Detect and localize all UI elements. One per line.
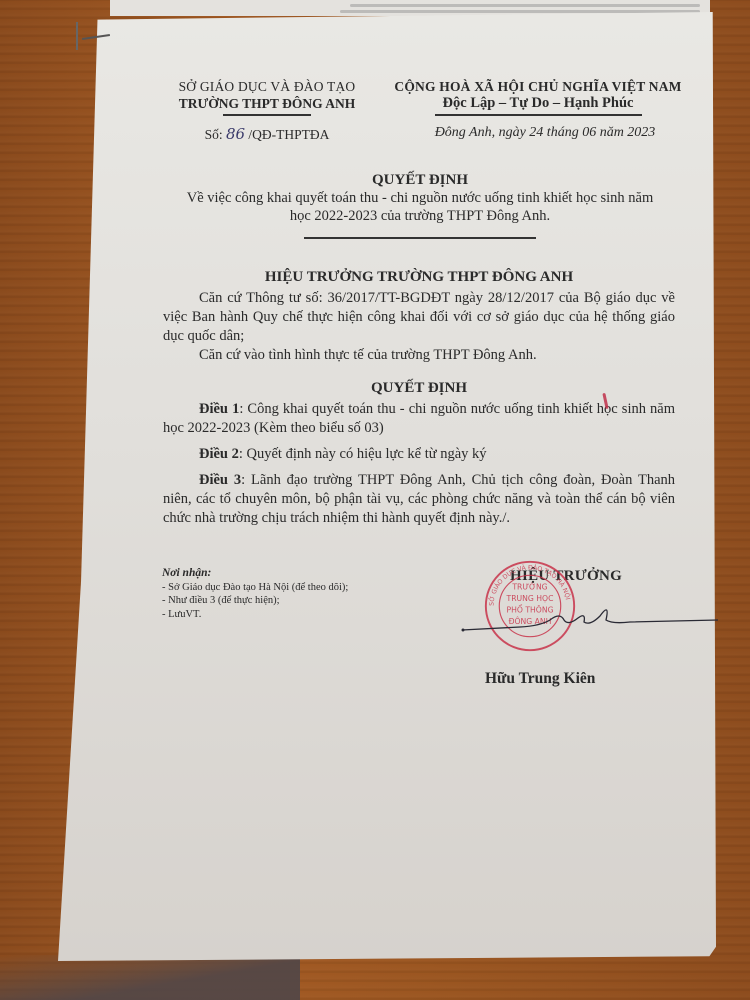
basis-paragraph: Căn cứ vào tình hình thực tế của trường … <box>163 346 675 365</box>
recipient-item: - LưuVT. <box>162 608 348 622</box>
corner-mark <box>76 22 78 50</box>
header-right: CỘNG HOÀ XÃ HỘI CHỦ NGHĨA VIỆT NAM Độc L… <box>388 78 688 141</box>
title-rule <box>304 237 536 239</box>
article-3: Điều 3: Lãnh đạo trường THPT Đông Anh, C… <box>163 471 675 528</box>
recipients-label: Nơi nhận: <box>162 567 348 581</box>
number-handwritten: 86 <box>226 125 245 143</box>
article-2: Điều 2: Quyết định này có hiệu lực kể từ… <box>163 445 675 464</box>
signature-block: HIỆU TRƯỞNG TRƯỜNG TRUNG HỌC PHỔ THÔNG Đ… <box>460 560 680 700</box>
header-right-rule <box>435 114 642 116</box>
article-label: Điều 3 <box>199 472 241 488</box>
article-1: Điều 1: Công khai quyết toán thu - chi n… <box>163 400 675 438</box>
country-name: CỘNG HOÀ XÃ HỘI CHỦ NGHĨA VIỆT NAM <box>388 78 688 95</box>
place-date: Đông Anh, ngày 24 tháng 06 năm 2023 <box>388 124 688 141</box>
national-motto: Độc Lập – Tự Do – Hạnh Phúc <box>388 95 688 112</box>
article-text: : Quyết định này có hiệu lực kể từ ngày … <box>239 446 487 462</box>
recipient-item: - Như điều 3 (để thực hiện); <box>162 594 348 608</box>
document-page: SỞ GIÁO DỤC VÀ ĐÀO TẠO TRƯỜNG THPT ĐÔNG … <box>0 0 750 1000</box>
signer-name: Hữu Trung Kiên <box>485 670 595 688</box>
number-prefix: Số: <box>205 127 223 142</box>
article-label: Điều 1 <box>199 401 239 417</box>
recipients-block: Nơi nhận: - Sở Giáo dục Đào tạo Hà Nội (… <box>162 567 348 621</box>
department-name: SỞ GIÁO DỤC VÀ ĐÀO TẠO <box>152 78 382 95</box>
subject-line: Về việc công khai quyết toán thu - chi n… <box>160 189 680 207</box>
header-left: SỞ GIÁO DỤC VÀ ĐÀO TẠO TRƯỜNG THPT ĐÔNG … <box>152 78 382 143</box>
authority-heading: HIỆU TRƯỞNG TRƯỜNG THPT ĐÔNG ANH <box>163 268 675 287</box>
title-block: QUYẾT ĐỊNH Về việc công khai quyết toán … <box>160 171 680 239</box>
document-body: HIỆU TRƯỞNG TRƯỜNG THPT ĐÔNG ANH Căn cứ … <box>163 268 675 528</box>
recipient-item: - Sở Giáo dục Đào tạo Hà Nội (để theo dõ… <box>162 581 348 595</box>
article-text: : Công khai quyết toán thu - chi nguồn n… <box>163 401 675 436</box>
handwritten-signature-icon <box>460 590 720 640</box>
document-title: QUYẾT ĐỊNH <box>160 171 680 189</box>
school-name: TRƯỜNG THPT ĐÔNG ANH <box>152 95 382 112</box>
number-suffix: /QĐ-THPTĐA <box>248 127 329 142</box>
decision-heading: QUYẾT ĐỊNH <box>163 379 675 398</box>
header-left-rule <box>223 114 311 116</box>
basis-paragraph: Căn cứ Thông tư số: 36/2017/TT-BGDĐT ngà… <box>163 289 675 346</box>
article-label: Điều 2 <box>199 446 239 462</box>
document-number: Số: 86 /QĐ-THPTĐA <box>152 126 382 143</box>
subject-line: học 2022-2023 của trường THPT Đông Anh. <box>160 207 680 225</box>
corner-mark <box>82 34 110 40</box>
